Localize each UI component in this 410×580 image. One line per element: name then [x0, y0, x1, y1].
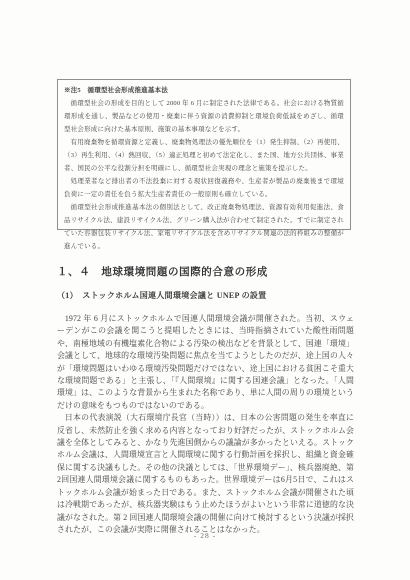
footnote-paragraph: 循環型社会の形成を目的として 2000 年 6 月に制定された法律である。社会に…: [64, 97, 344, 136]
footnote-title: ※注5 循環型社会形成推進基本法: [64, 84, 344, 97]
footnote-box: ※注5 循環型社会形成推進基本法 循環型社会の形成を目的として 2000 年 6…: [57, 79, 351, 230]
page-number: - 28 -: [0, 531, 410, 540]
document-page: ※注5 循環型社会形成推進基本法 循環型社会の形成を目的として 2000 年 6…: [0, 0, 410, 580]
body-text-block: 1972 年 6 月にストックホルムで国連人間環境会議が開催された。当初、スウェ…: [57, 313, 354, 536]
footnote-paragraph: 処理業者など排出者の不法投棄に対する現状回復義務や、生産者が製品の廃棄後まで環境…: [64, 175, 344, 201]
footnote-paragraph: 循環型社会形成推進基本法の個別法として、改正廃棄物処理法、資源有効利用促進法、食…: [64, 201, 344, 253]
section-heading: １、４ 地球環境問題の国際的合意の形成: [57, 264, 268, 279]
body-paragraph: 日本の代表演説（大石環境庁長官（当時））は、日本の公害問題の発生を率直に反省し、…: [57, 412, 354, 536]
body-paragraph: 1972 年 6 月にストックホルムで国連人間環境会議が開催された。当初、スウェ…: [57, 313, 354, 412]
footnote-paragraph: 有用廃棄物を循環資源と定義し、廃棄物処理法の優先順位を（1）発生抑制、（2）再使…: [64, 136, 344, 175]
section-subheading: （1） ストックホルム国連人間環境会議と UNEP の設置: [57, 290, 266, 301]
